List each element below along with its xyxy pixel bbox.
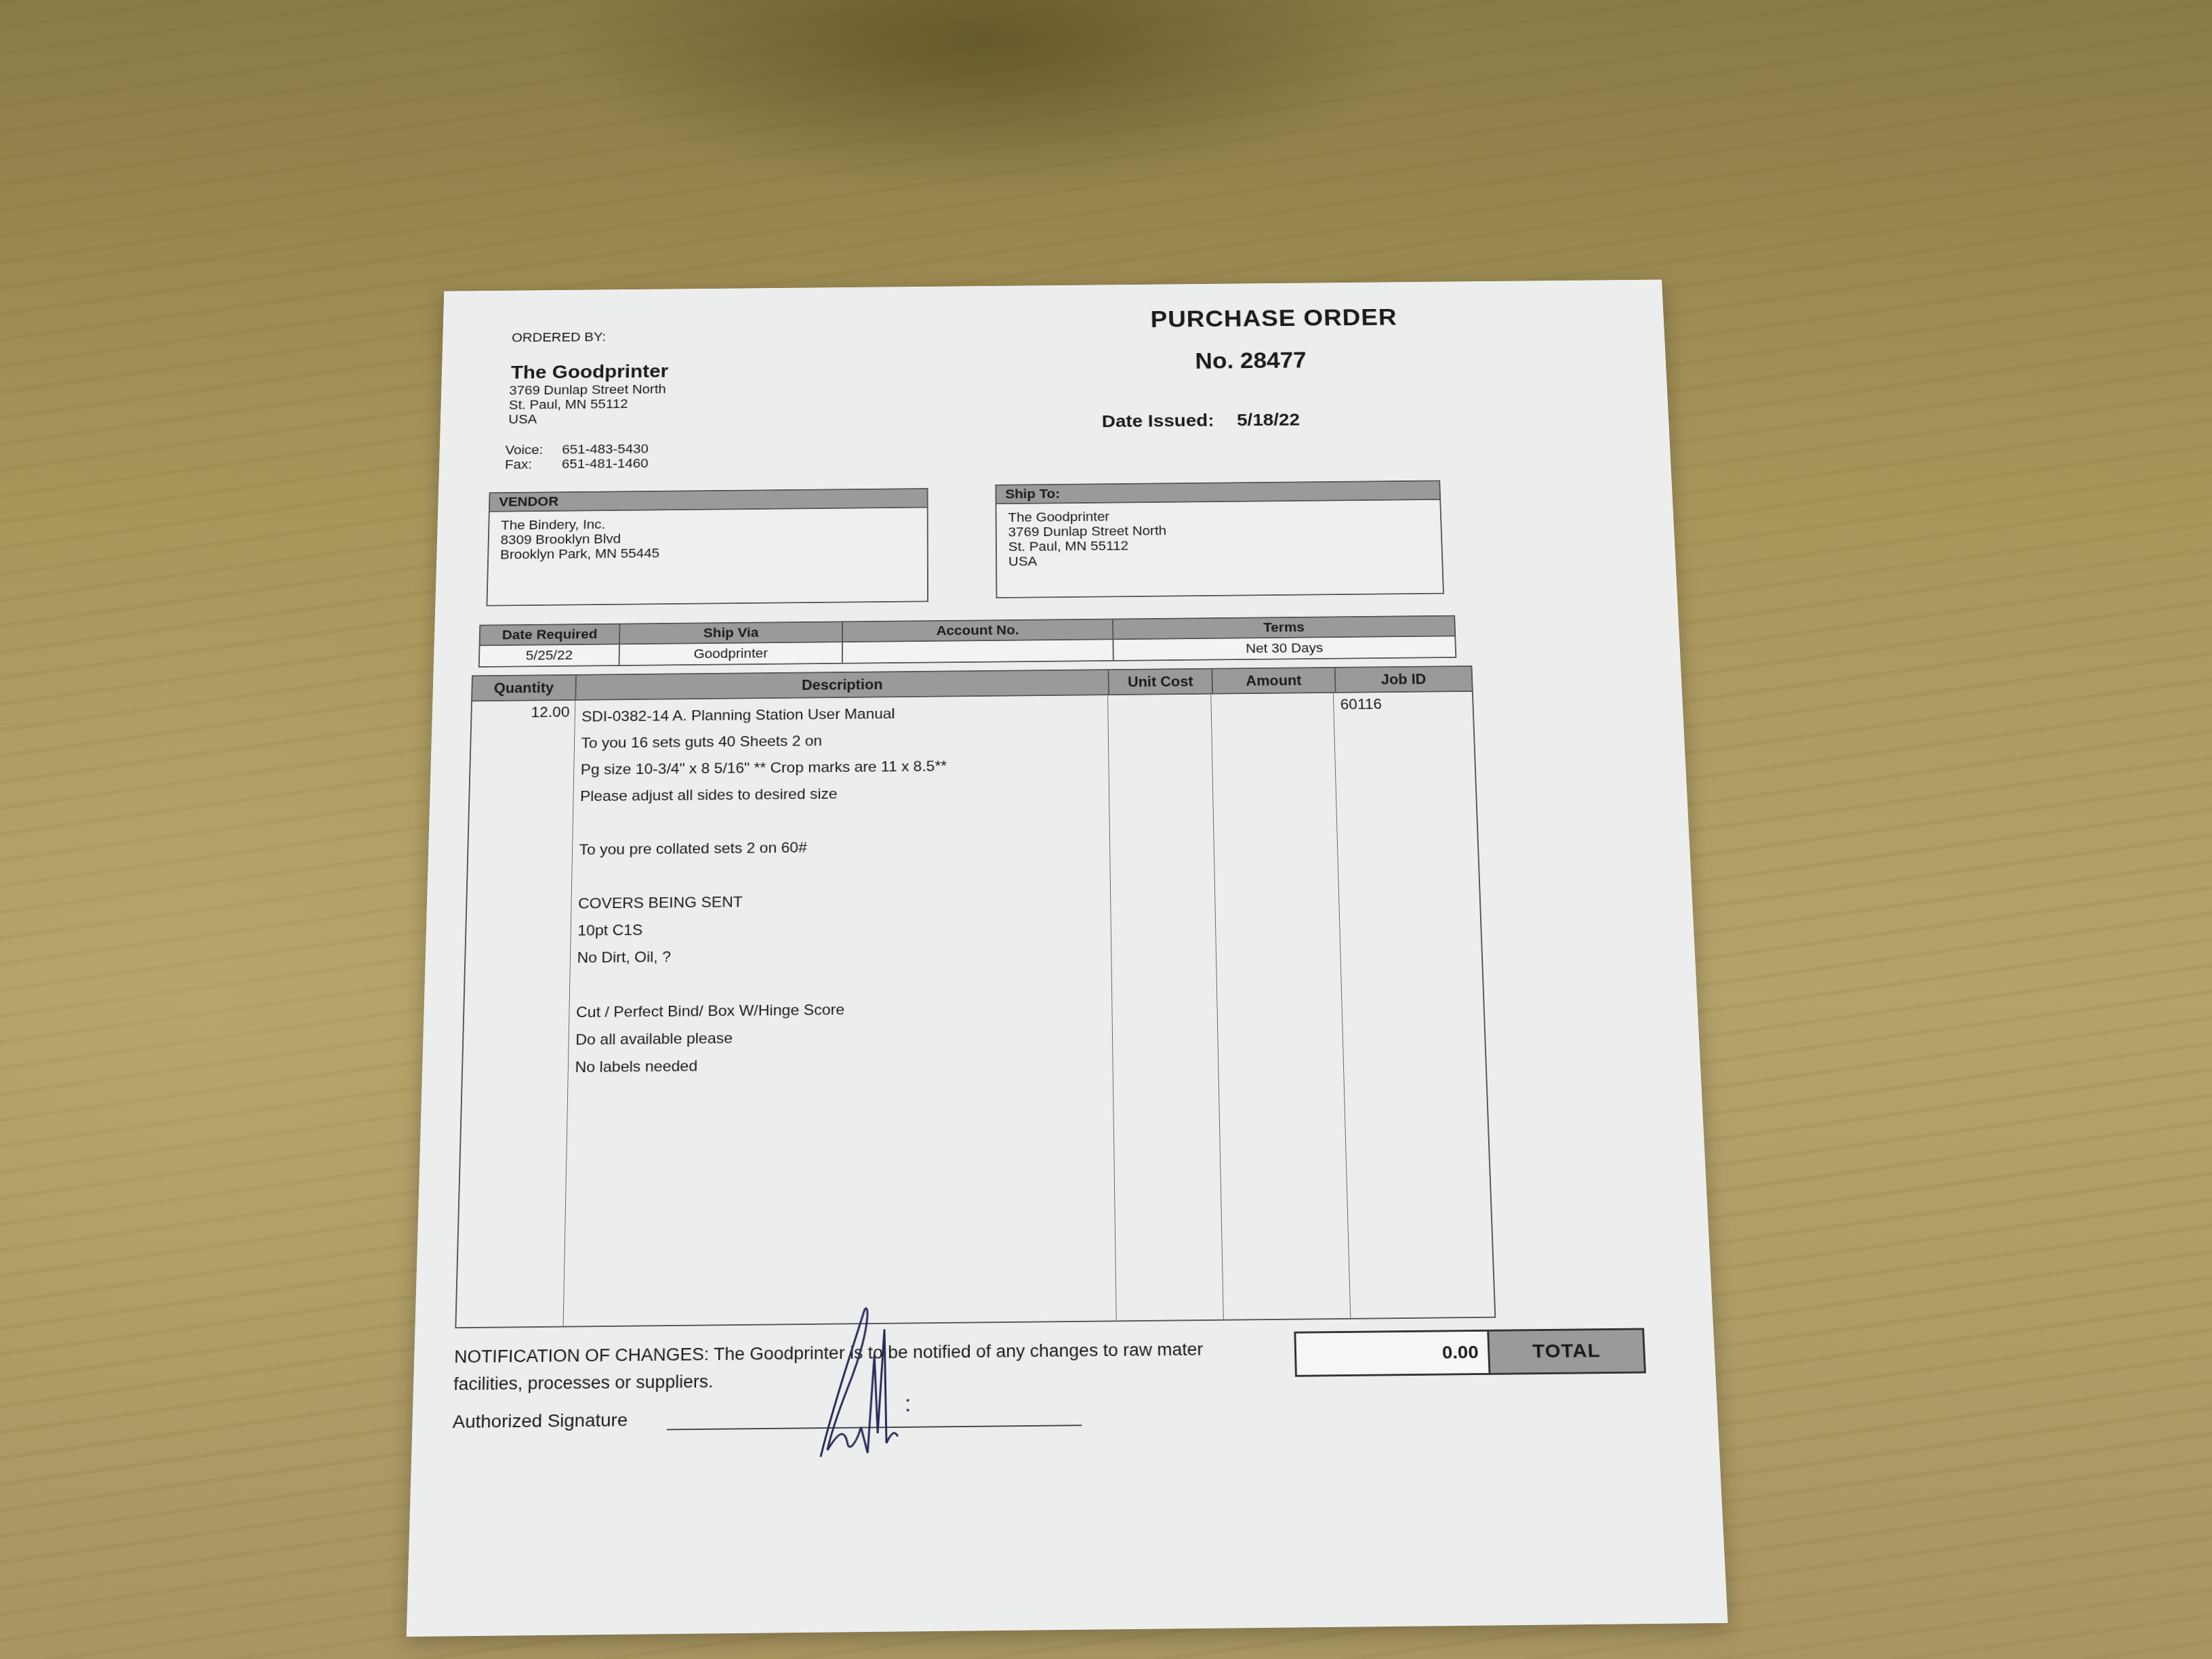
job-id-cell: 60116 [1334, 692, 1495, 1319]
orderer-address: 3769 Dunlap Street North St. Paul, MN 55… [508, 382, 666, 426]
unit-cost-header: Unit Cost [1109, 670, 1213, 695]
amount-cell [1211, 693, 1351, 1321]
document-title: PURCHASE ORDER [1150, 305, 1397, 333]
quantity-value: 12.00 [531, 704, 569, 721]
address-line: St. Paul, MN 55112 [509, 396, 666, 412]
job-id-value: 60116 [1334, 692, 1473, 714]
date-required-value: 5/25/22 [479, 644, 619, 667]
authorized-signature-label: Authorized Signature [452, 1410, 628, 1432]
orderer-contact: Voice:651-483-5430 Fax:651-481-1460 [505, 441, 649, 472]
description-cell: SDI-0382-14 A. Planning Station User Man… [564, 695, 1117, 1328]
account-no-value [842, 639, 1113, 663]
orderer-name: The Goodprinter [510, 361, 668, 384]
order-info-table: Date Required Ship Via Account No. Terms… [478, 615, 1457, 668]
voice-label: Voice: [505, 442, 562, 457]
total-label: TOTAL [1487, 1330, 1644, 1373]
address-line: 3769 Dunlap Street North [509, 382, 666, 397]
ordered-by-label: ORDERED BY: [512, 329, 607, 345]
fax-label: Fax: [505, 457, 562, 472]
description-line: No labels needed [575, 1048, 1113, 1082]
date-issued: Date Issued:5/18/22 [1102, 410, 1300, 432]
job-id-header: Job ID [1336, 667, 1472, 692]
terms-value: Net 30 Days [1113, 636, 1456, 661]
address-line: USA [508, 411, 665, 427]
po-number: No. 28477 [1195, 348, 1307, 374]
fax-number: 651-481-1460 [562, 456, 649, 472]
amount-header: Amount [1212, 668, 1336, 693]
table-row: 12.00 SDI-0382-14 A. Planning Station Us… [456, 692, 1494, 1328]
ship-via-value: Goodprinter [619, 642, 842, 665]
quantity-cell: 12.00 [456, 701, 575, 1328]
total-box: 0.00 TOTAL [1294, 1328, 1646, 1377]
description-lines: SDI-0382-14 A. Planning Station User Man… [568, 695, 1112, 1082]
line-items-table: Quantity Description Unit Cost Amount Jo… [455, 665, 1496, 1328]
voice-number: 651-483-5430 [562, 441, 649, 457]
quantity-header: Quantity [472, 676, 577, 701]
handwritten-signature [807, 1303, 941, 1460]
description-header: Description [576, 670, 1109, 699]
ship-to-box: Ship To: The Goodprinter 3769 Dunlap Str… [995, 480, 1444, 598]
terms-header: Terms [1113, 616, 1455, 640]
unit-cost-cell [1108, 695, 1224, 1322]
vendor-box: VENDOR The Bindery, Inc. 8309 Brooklyn B… [486, 488, 928, 606]
account-no-header: Account No. [842, 619, 1113, 642]
purchase-order-sheet: ORDERED BY: The Goodprinter 3769 Dunlap … [407, 280, 1728, 1637]
total-value: 0.00 [1296, 1332, 1488, 1375]
ship-via-header: Ship Via [619, 621, 842, 644]
date-issued-label: Date Issued: [1102, 411, 1214, 431]
date-required-header: Date Required [480, 624, 620, 646]
date-issued-value: 5/18/22 [1237, 410, 1300, 430]
